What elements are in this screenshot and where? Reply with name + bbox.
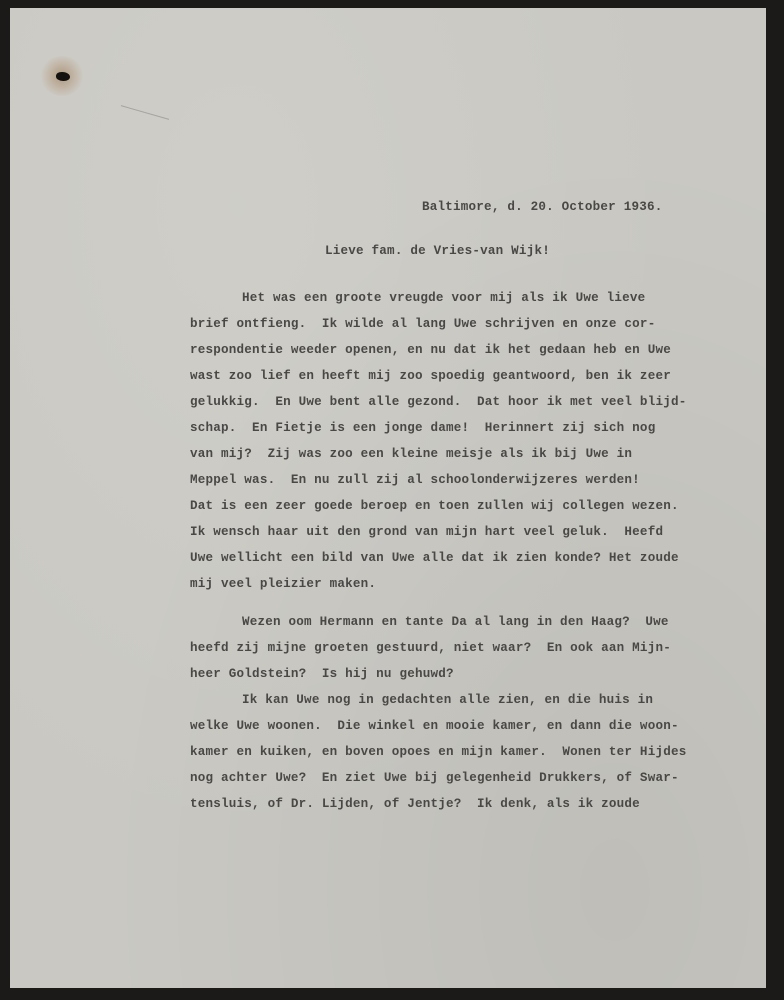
letter-line: kamer en kuiken, en boven opoes en mijn … — [190, 746, 686, 759]
paper-crease — [121, 105, 169, 120]
letter-line: wast zoo lief en heeft mij zoo spoedig g… — [190, 370, 671, 383]
letter-dateline: Baltimore, d. 20. October 1936. — [422, 201, 662, 214]
letter-line: Wezen oom Hermann en tante Da al lang in… — [242, 616, 669, 629]
letter-line: gelukkig. En Uwe bent alle gezond. Dat h… — [190, 396, 686, 409]
letter-line: heer Goldstein? Is hij nu gehuwd? — [190, 668, 454, 681]
letter-line: schap. En Fietje is een jonge dame! Heri… — [190, 422, 655, 435]
letter-salutation: Lieve fam. de Vries-van Wijk! — [325, 245, 550, 258]
letter-line: welke Uwe woonen. Die winkel en mooie ka… — [190, 720, 679, 733]
letter-line: van mij? Zij was zoo een kleine meisje a… — [190, 448, 632, 461]
letter-line: tensluis, of Dr. Lijden, of Jentje? Ik d… — [190, 798, 640, 811]
letter-line: Dat is een zeer goede beroep en toen zul… — [190, 500, 679, 513]
paper-hole — [56, 72, 70, 81]
letter-line: Uwe wellicht een bild van Uwe alle dat i… — [190, 552, 679, 565]
letter-line: respondentie weeder openen, en nu dat ik… — [190, 344, 671, 357]
letter-line: mij veel pleizier maken. — [190, 578, 376, 591]
letter-line: brief ontfieng. Ik wilde al lang Uwe sch… — [190, 318, 655, 331]
letter-line: Ik kan Uwe nog in gedachten alle zien, e… — [242, 694, 653, 707]
letter-line: nog achter Uwe? En ziet Uwe bij gelegenh… — [190, 772, 679, 785]
letter-line: Ik wensch haar uit den grond van mijn ha… — [190, 526, 663, 539]
letter-line: heefd zij mijne groeten gestuurd, niet w… — [190, 642, 671, 655]
letter-page: Baltimore, d. 20. October 1936. Lieve fa… — [10, 8, 766, 988]
letter-line: Het was een groote vreugde voor mij als … — [242, 292, 645, 305]
letter-line: Meppel was. En nu zull zij al schoolonde… — [190, 474, 640, 487]
